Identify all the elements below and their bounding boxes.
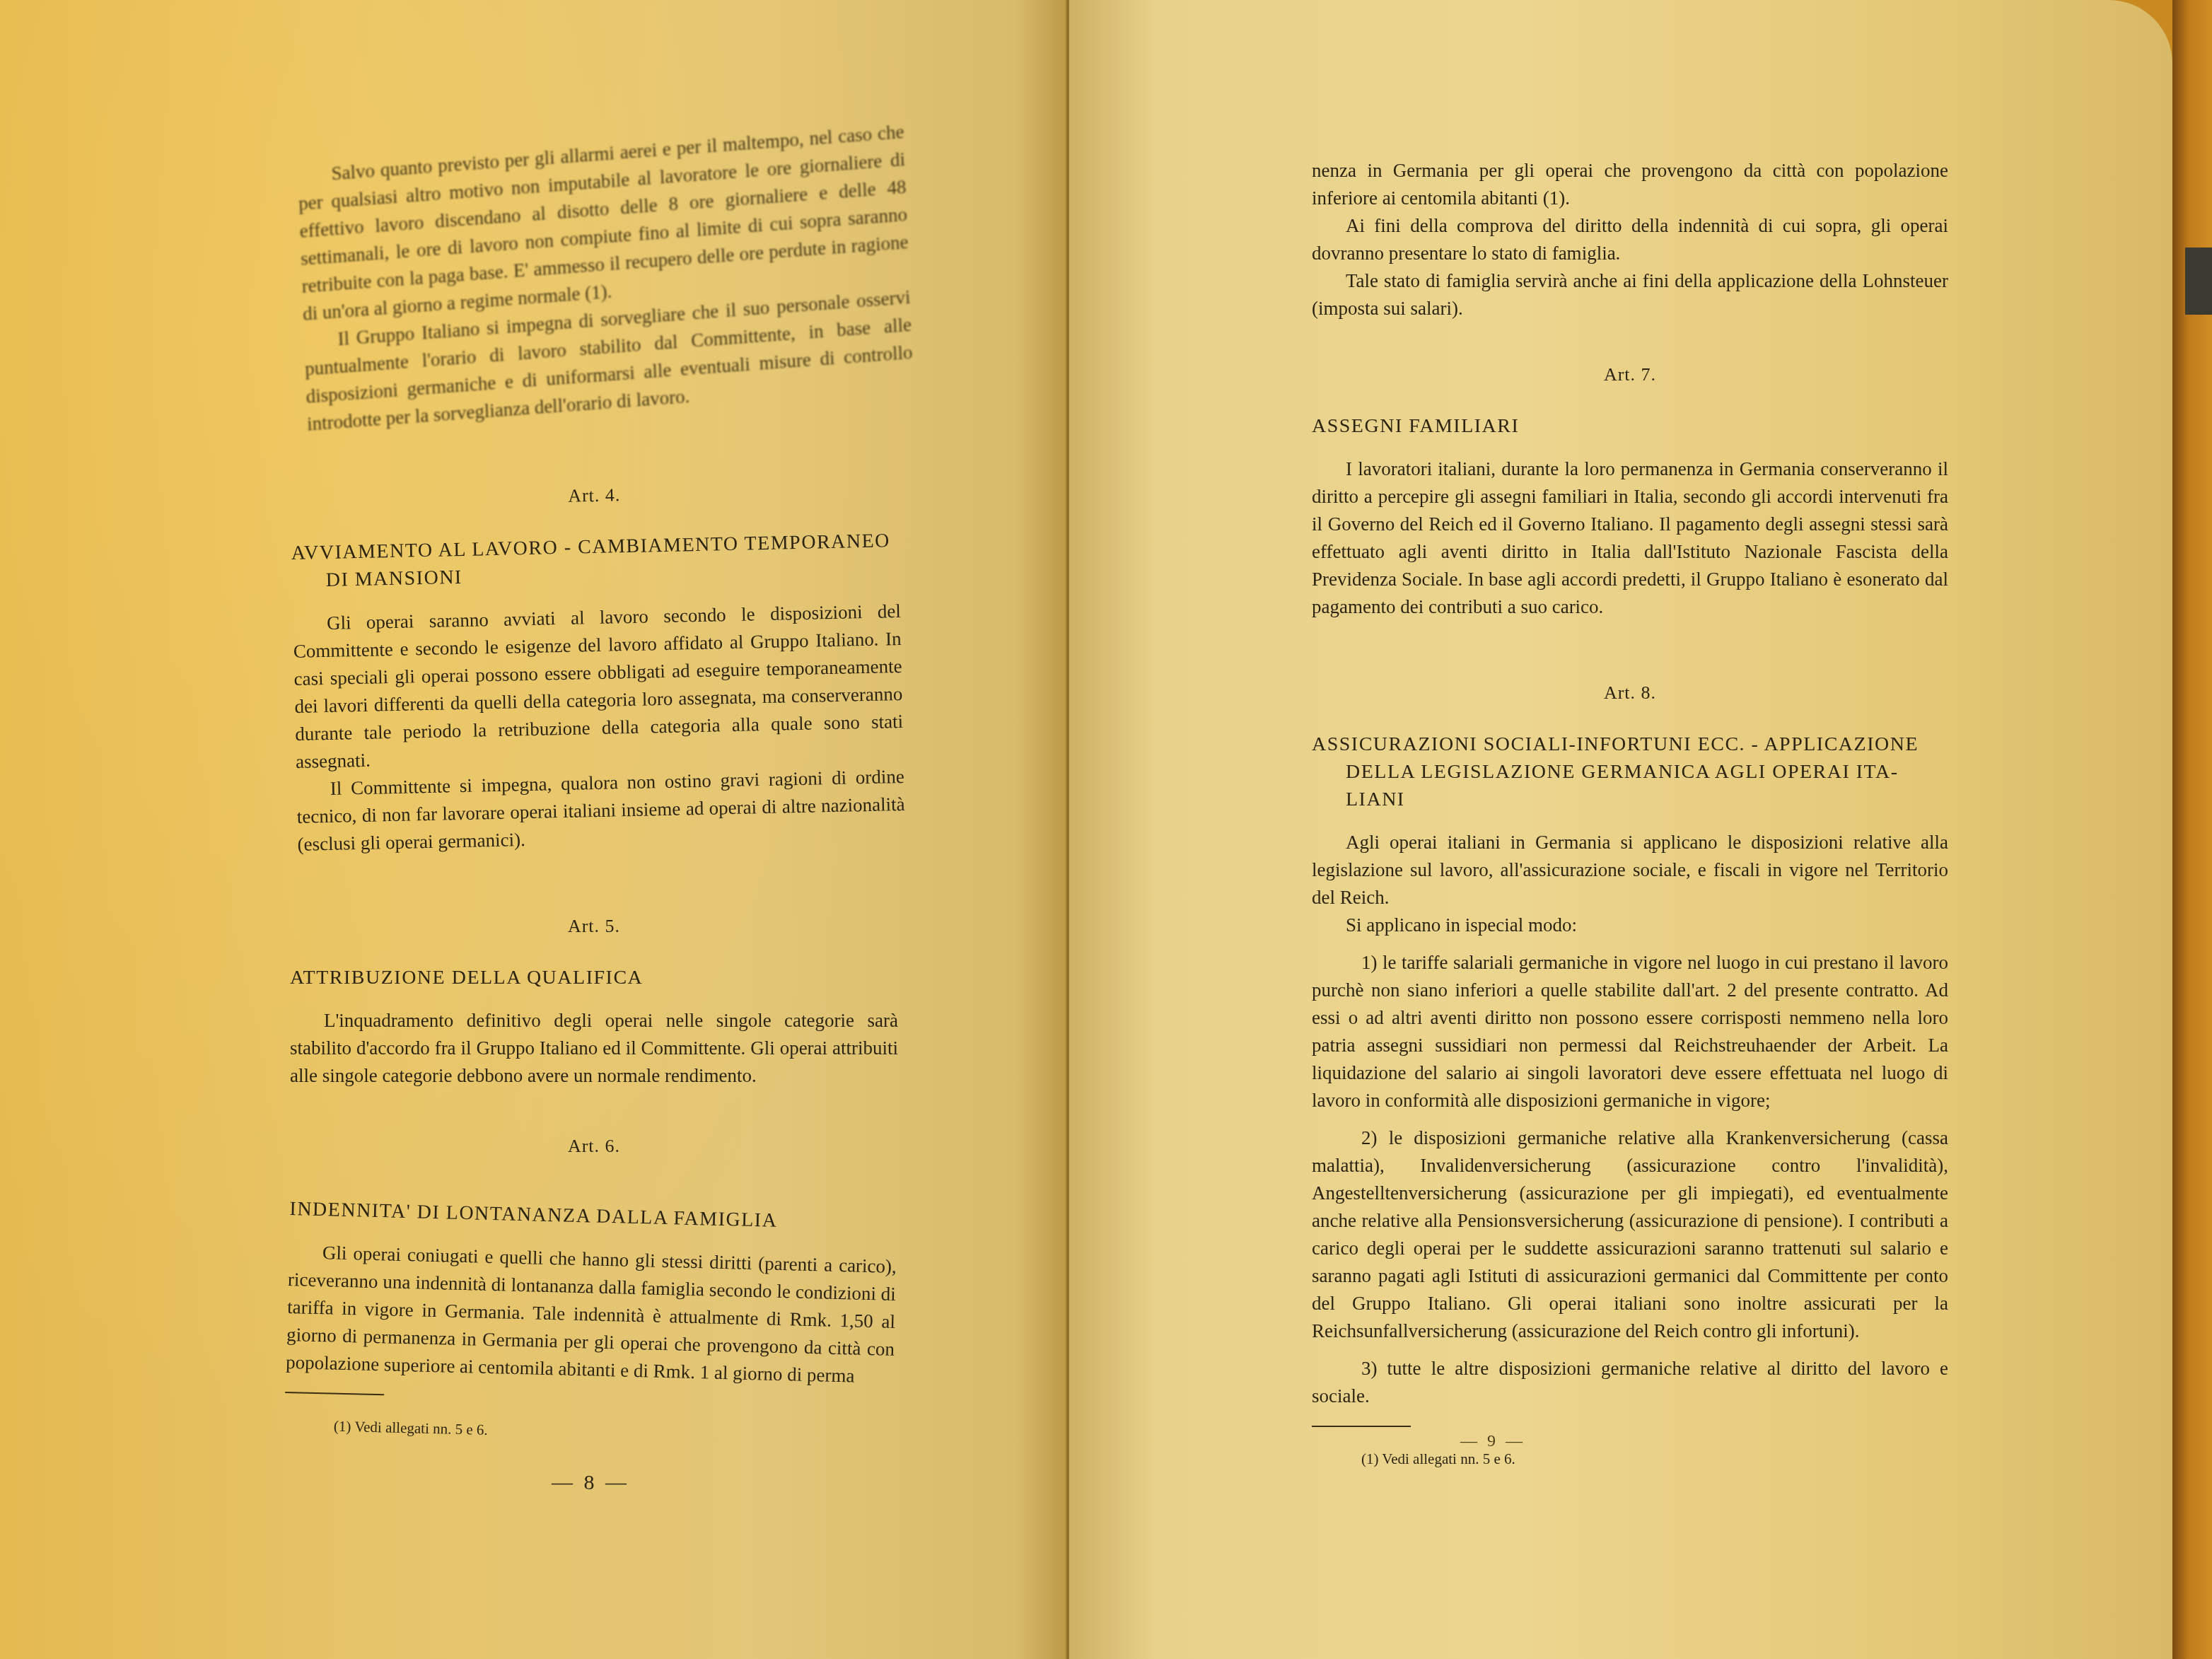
continuation-paragraph: Ai fini della comprova del diritto della… xyxy=(1312,212,1948,267)
article-6-number: Art. 6. xyxy=(290,1132,898,1160)
article-4-paragraph: Il Committente si impegna, qualora non o… xyxy=(296,763,906,858)
article-5-paragraph: L'inquadramento definitivo degli operai … xyxy=(290,1007,898,1090)
article-5-number: Art. 5. xyxy=(290,912,898,940)
page-number: — 9 — xyxy=(1460,1432,1525,1451)
list-item: 3) tutte le altre disposizioni germanich… xyxy=(1312,1355,1948,1410)
page-number: — 8 — xyxy=(552,1471,629,1495)
continuation-paragraph: Tale stato di famiglia servirà anche ai … xyxy=(1312,267,1948,322)
article-6-continuation: nenza in Germania per gli operai che pro… xyxy=(1312,157,1948,322)
article-7-number: Art. 7. xyxy=(1312,361,1948,388)
article-8-number: Art. 8. xyxy=(1312,679,1948,706)
article-8-title-line2: DELLA LEGISLAZIONE GERMANICA AGLI OPERAI… xyxy=(1312,758,1948,786)
left-page: Salvo quanto previsto per gli allarmi ae… xyxy=(0,0,1069,1659)
list-item: 1) le tariffe salariali germaniche in vi… xyxy=(1312,949,1948,1114)
article-4: Art. 4. AVVIAMENTO AL LAVORO - CAMBIAMEN… xyxy=(290,475,906,858)
article-7-title: ASSEGNI FAMILIARI xyxy=(1312,412,1948,440)
article-7-paragraph: I lavoratori italiani, durante la loro p… xyxy=(1312,455,1948,621)
article-6: INDENNITA' DI LONTANANZA DALLA FAMIGLIA … xyxy=(284,1195,898,1454)
footnote-divider xyxy=(285,1392,384,1395)
article-4-title: AVVIAMENTO AL LAVORO - CAMBIAMENTO TEMPO… xyxy=(291,527,900,595)
footnote: (1) Vedi allegati nn. 5 e 6. xyxy=(1312,1445,1948,1473)
article-7: Art. 7. ASSEGNI FAMILIARI I lavoratori i… xyxy=(1312,361,1948,621)
dark-object-edge xyxy=(2185,248,2212,315)
article-8-paragraph: Si applicano in ispecial modo: xyxy=(1312,912,1948,939)
article-6-paragraph: Gli operai coniugati e quelli che hanno … xyxy=(286,1238,897,1391)
article-8-title-line1: ASSICURAZIONI SOCIALI-INFORTUNI ECC. - A… xyxy=(1312,733,1919,755)
continuation-paragraph: nenza in Germania per gli operai che pro… xyxy=(1312,157,1948,212)
article-6-title: INDENNITA' DI LONTANANZA DALLA FAMIGLIA xyxy=(289,1195,898,1238)
article-8-paragraph: Agli operai italiani in Germania si appl… xyxy=(1312,829,1948,912)
article-8-title: ASSICURAZIONI SOCIALI-INFORTUNI ECC. - A… xyxy=(1312,730,1948,813)
article-8: Art. 8. ASSICURAZIONI SOCIALI-INFORTUNI … xyxy=(1312,679,1948,1473)
article-4-number: Art. 4. xyxy=(290,475,899,516)
left-page-top-section: Salvo quanto previsto per gli allarmi ae… xyxy=(297,118,914,438)
article-5-title: ATTRIBUZIONE DELLA QUALIFICA xyxy=(290,964,898,991)
article-4-paragraph: Gli operai saranno avviati al lavoro sec… xyxy=(293,598,904,776)
article-5: Art. 5. ATTRIBUZIONE DELLA QUALIFICA L'i… xyxy=(290,912,898,1184)
footnote-divider xyxy=(1312,1426,1411,1427)
article-8-title-line3: LIANI xyxy=(1312,786,1948,813)
open-booklet-spread: Salvo quanto previsto per gli allarmi ae… xyxy=(0,0,2212,1659)
footnote: (1) Vedi allegati nn. 5 e 6. xyxy=(284,1411,893,1454)
list-item: 2) le disposizioni germaniche relative a… xyxy=(1312,1124,1948,1345)
